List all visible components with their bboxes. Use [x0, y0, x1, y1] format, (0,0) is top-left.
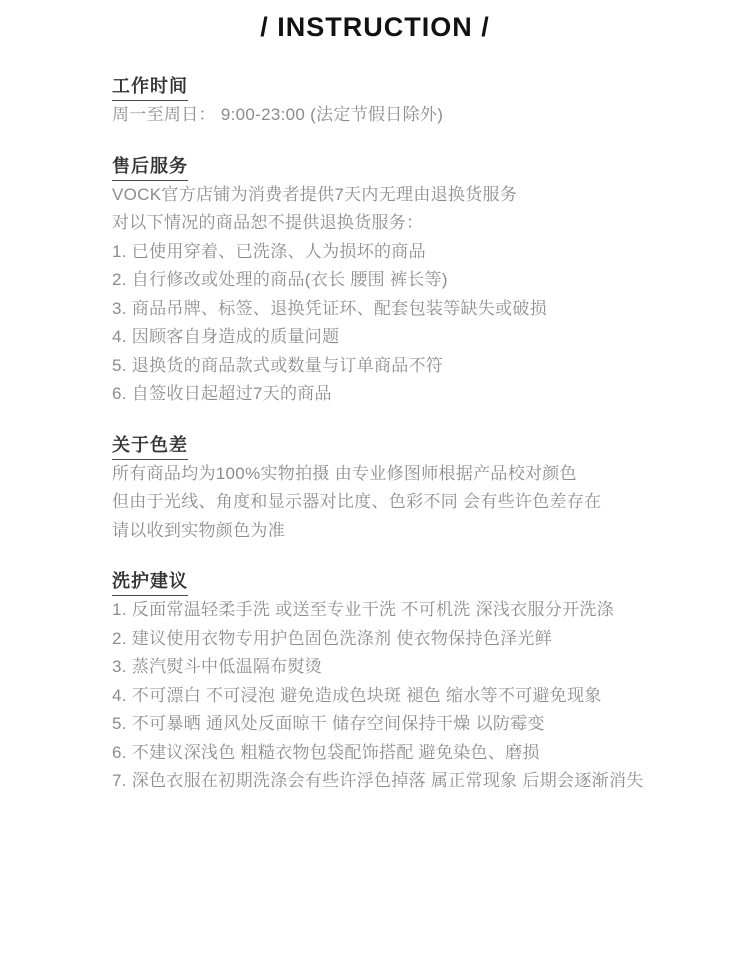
list-item: 6. 不建议深浅色 粗糙衣物包袋配饰搭配 避免染色、磨损 [112, 739, 710, 768]
list-item: 5. 不可暴晒 通风处反面晾干 储存空间保持干燥 以防霉变 [112, 710, 710, 739]
text-line: 请以收到实物颜色为准 [112, 517, 710, 546]
list-item: 4. 不可漂白 不可浸泡 避免造成色块斑 褪色 缩水等不可避免现象 [112, 682, 710, 711]
text-line: 但由于光线、角度和显示器对比度、色彩不同 会有些许色差存在 [112, 488, 710, 517]
list-item: 2. 自行修改或处理的商品(衣长 腰围 裤长等) [112, 266, 710, 295]
instruction-page: / INSTRUCTION / 工作时间 周一至周日： 9:00-23:00 (… [0, 0, 750, 977]
list-item: 6. 自签收日起超过7天的商品 [112, 380, 710, 409]
section-after-sales: 售后服务 VOCK官方店铺为消费者提供7天内无理由退换货服务 对以下情况的商品恕… [112, 156, 710, 409]
list-item: 7. 深色衣服在初期洗涤会有些许浮色掉落 属正常现象 后期会逐渐消失 [112, 767, 710, 796]
page-title: / INSTRUCTION / [0, 0, 750, 46]
text-line: 所有商品均为100%实物拍摄 由专业修图师根据产品校对颜色 [112, 460, 710, 489]
section-heading-working-hours: 工作时间 [112, 76, 188, 101]
section-washing-care: 洗护建议 1. 反面常温轻柔手洗 或送至专业干洗 不可机洗 深浅衣服分开洗涤 2… [112, 571, 710, 796]
instruction-content: 工作时间 周一至周日： 9:00-23:00 (法定节假日除外) 售后服务 VO… [0, 76, 750, 796]
section-heading-color-difference: 关于色差 [112, 435, 188, 460]
text-line: 周一至周日： 9:00-23:00 (法定节假日除外) [112, 101, 710, 130]
list-item: 1. 反面常温轻柔手洗 或送至专业干洗 不可机洗 深浅衣服分开洗涤 [112, 596, 710, 625]
section-heading-after-sales: 售后服务 [112, 156, 188, 181]
list-item: 3. 蒸汽熨斗中低温隔布熨烫 [112, 653, 710, 682]
section-working-hours: 工作时间 周一至周日： 9:00-23:00 (法定节假日除外) [112, 76, 710, 130]
section-heading-washing-care: 洗护建议 [112, 571, 188, 596]
text-line: VOCK官方店铺为消费者提供7天内无理由退换货服务 [112, 181, 710, 210]
list-item: 1. 已使用穿着、已洗涤、人为损坏的商品 [112, 238, 710, 267]
list-item: 5. 退换货的商品款式或数量与订单商品不符 [112, 352, 710, 381]
text-line: 对以下情况的商品恕不提供退换货服务： [112, 209, 710, 238]
list-item: 2. 建议使用衣物专用护色固色洗涤剂 使衣物保持色泽光鲜 [112, 625, 710, 654]
section-color-difference: 关于色差 所有商品均为100%实物拍摄 由专业修图师根据产品校对颜色 但由于光线… [112, 435, 710, 546]
list-item: 3. 商品吊牌、标签、退换凭证环、配套包装等缺失或破损 [112, 295, 710, 324]
list-item: 4. 因顾客自身造成的质量问题 [112, 323, 710, 352]
